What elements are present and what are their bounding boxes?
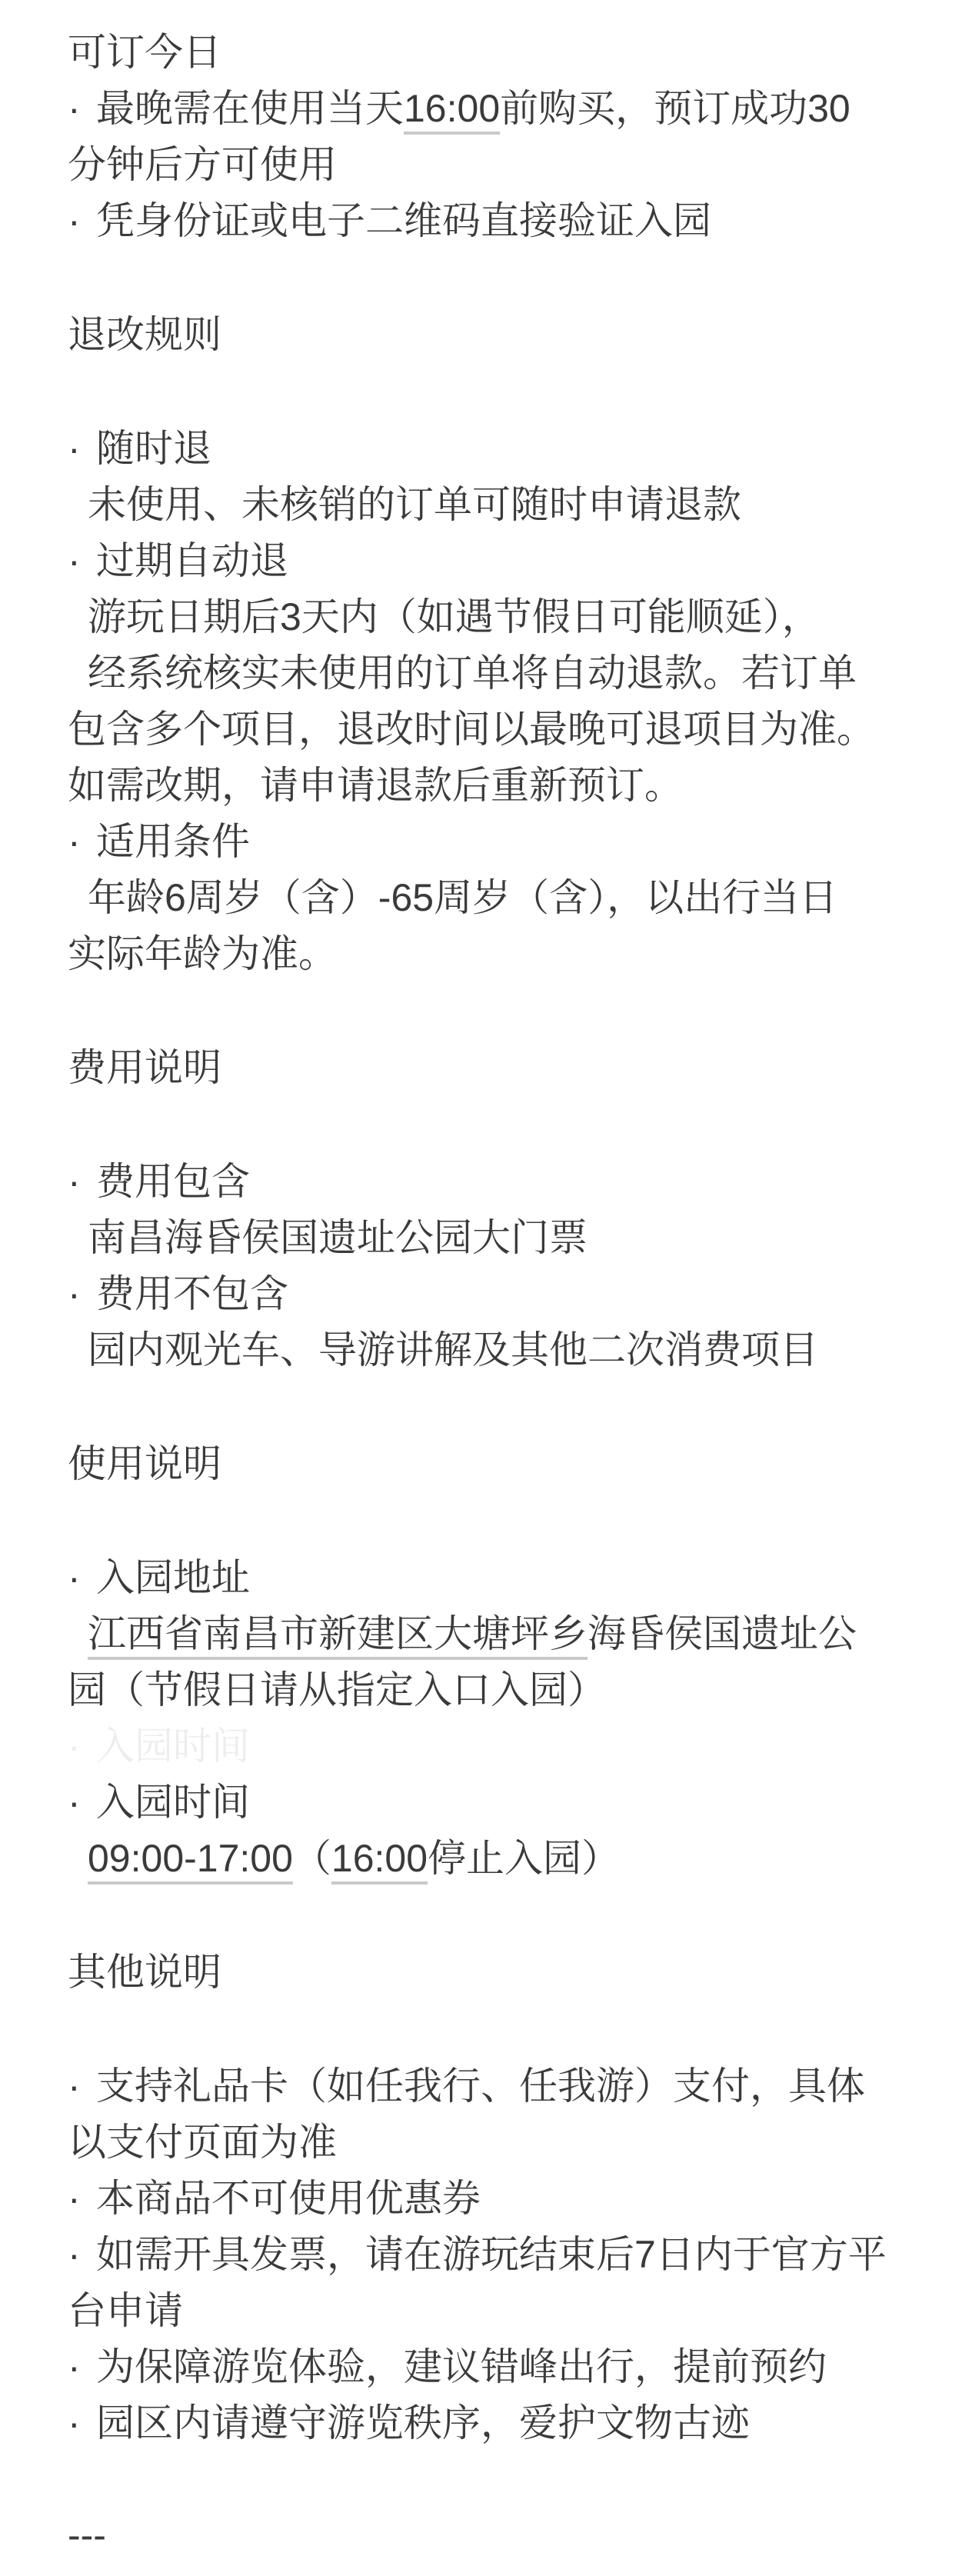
text-segment: 入园时间	[96, 1725, 250, 1768]
text-segment: 入园时间	[96, 1781, 250, 1824]
text-line: ·本商品不可使用优惠券	[68, 2171, 918, 2227]
text-line: 实际年龄为准。	[68, 926, 918, 982]
text-line: 江西省南昌市新建区大塘坪乡海昏侯国遗址公	[68, 1606, 918, 1662]
bullet-dot: ·	[68, 1154, 96, 1210]
section-title-usage-description: 使用说明	[68, 1436, 918, 1492]
text-segment: 实际年龄为准。	[68, 932, 337, 975]
text-segment: 为保障游览体验，建议错峰出行，提前预约	[96, 2345, 827, 2388]
text-line: 未使用、未核销的订单可随时申请退款	[68, 477, 918, 533]
text-line: 年龄6周岁（含）-65周岁（含），以出行当日	[68, 870, 918, 926]
text-line: 09:00-17:00（16:00停止入园）	[68, 1831, 918, 1887]
bullet-dot: ·	[68, 533, 96, 589]
text-segment: 未使用、未核销的订单可随时申请退款	[88, 483, 741, 526]
bullet-dot: ·	[68, 2339, 96, 2395]
entrance-address-link[interactable]: 江西省南昌市新建区大塘坪乡	[88, 1612, 588, 1655]
text-line: 以支付页面为准	[68, 2114, 918, 2171]
text-line: 园内观光车、导游讲解及其他二次消费项目	[68, 1322, 918, 1378]
text-line: ·园区内请遵守游览秩序，爱护文物古迹	[68, 2395, 918, 2451]
rules-sections: 可订今日·最晚需在使用当天16:00前购买，预订成功30分钟后方可使用·凭身份证…	[68, 25, 918, 2451]
last-entry-time-link[interactable]: 16:00	[331, 1837, 428, 1880]
section-title-refund-rules: 退改规则	[68, 307, 918, 363]
text-line: 南昌海昏侯国遗址公园大门票	[68, 1210, 918, 1266]
text-segment: （	[293, 1837, 331, 1880]
text-line: 可订今日	[68, 25, 918, 81]
text-segment: 园区内请遵守游览秩序，爱护文物古迹	[96, 2401, 750, 2444]
text-line: ·费用包含	[68, 1154, 918, 1210]
ticket-rules-page: 可订今日·最晚需在使用当天16:00前购买，预订成功30分钟后方可使用·凭身份证…	[0, 0, 972, 2576]
text-segment: 停止入园）	[428, 1837, 620, 1880]
text-line: 经系统核实未使用的订单将自动退款。若订单	[68, 645, 918, 701]
text-segment: 前购买，预订成功30	[500, 87, 850, 130]
text-segment: 费用包含	[96, 1160, 250, 1203]
text-segment: 游玩日期后3天内（如遇节假日可能顺延），	[88, 595, 821, 638]
bullet-dot: ·	[68, 421, 96, 477]
section-title-other-notes: 其他说明	[68, 1944, 918, 2001]
text-line: 台申请	[68, 2283, 918, 2339]
text-segment: 过期自动退	[96, 539, 288, 582]
opening-hours-link[interactable]: 09:00-17:00	[88, 1837, 293, 1880]
text-line: ·为保障游览体验，建议错峰出行，提前预约	[68, 2339, 918, 2395]
section-title-fee-description: 费用说明	[68, 1040, 918, 1096]
text-segment: 经系统核实未使用的订单将自动退款。若订单	[88, 651, 857, 695]
text-segment: 包含多个项目，退改时间以最晚可退项目为准。	[68, 708, 875, 751]
text-segment: 费用不包含	[96, 1272, 288, 1315]
text-segment: 入园地址	[96, 1556, 250, 1599]
text-line: 分钟后方可使用	[68, 137, 918, 193]
text-line: ·过期自动退	[68, 533, 918, 589]
text-line: ·入园地址	[68, 1550, 918, 1606]
text-line: ·如需开具发票，请在游玩结束后7日内于官方平	[68, 2227, 918, 2283]
text-line: ·随时退	[68, 421, 918, 477]
text-segment: 海昏侯国遗址公	[588, 1612, 857, 1655]
bullet-dot: ·	[68, 2171, 96, 2227]
text-segment: 台申请	[68, 2289, 183, 2332]
text-line: 包含多个项目，退改时间以最晚可退项目为准。	[68, 701, 918, 758]
bullet-dot: ·	[68, 2395, 96, 2451]
text-segment: 园（节假日请从指定入口入园）	[68, 1668, 606, 1711]
text-line: ·最晚需在使用当天16:00前购买，预订成功30	[68, 81, 918, 137]
text-segment: 凭身份证或电子二维码直接验证入园	[96, 199, 711, 242]
bullet-dot: ·	[68, 81, 96, 137]
text-segment: 园内观光车、导游讲解及其他二次消费项目	[88, 1328, 818, 1371]
text-line: ·入园时间	[68, 1775, 918, 1831]
bullet-dot: ·	[68, 1550, 96, 1606]
bullet-dot: ·	[68, 2227, 96, 2283]
text-segment: 以支付页面为准	[68, 2121, 337, 2164]
bullet-dot: ·	[68, 814, 96, 870]
text-segment: 随时退	[96, 427, 211, 470]
ghost-text-line: ·入园时间	[68, 1718, 918, 1775]
divider-text: ---	[68, 2508, 918, 2564]
text-segment: 年龄6周岁（含）-65周岁（含），以出行当日	[88, 876, 837, 919]
text-line: ·凭身份证或电子二维码直接验证入园	[68, 193, 918, 249]
text-line: ·支持礼品卡（如任我行、任我游）支付，具体	[68, 2058, 918, 2114]
text-segment: 南昌海昏侯国遗址公园大门票	[88, 1216, 588, 1259]
bullet-dot: ·	[68, 1718, 96, 1775]
text-segment: 分钟后方可使用	[68, 143, 337, 186]
bullet-dot: ·	[68, 1266, 96, 1322]
text-segment: 最晚需在使用当天	[96, 87, 404, 130]
text-line: 园（节假日请从指定入口入园）	[68, 1662, 918, 1718]
text-line: ·费用不包含	[68, 1266, 918, 1322]
text-segment: 适用条件	[96, 820, 250, 863]
text-segment: 如需开具发票，请在游玩结束后7日内于官方平	[96, 2233, 887, 2276]
text-segment: 如需改期，请申请退款后重新预订。	[68, 764, 683, 807]
text-segment: 可订今日	[68, 31, 221, 74]
text-segment: 支持礼品卡（如任我行、任我游）支付，具体	[96, 2064, 865, 2108]
bullet-dot: ·	[68, 1775, 96, 1831]
purchase-deadline-time-link[interactable]: 16:00	[404, 87, 500, 130]
text-segment: 本商品不可使用优惠券	[96, 2177, 481, 2220]
bullet-dot: ·	[68, 2058, 96, 2114]
bullet-dot: ·	[68, 193, 96, 249]
text-line: 如需改期，请申请退款后重新预订。	[68, 758, 918, 814]
text-line: 游玩日期后3天内（如遇节假日可能顺延），	[68, 589, 918, 645]
text-line: ·适用条件	[68, 814, 918, 870]
